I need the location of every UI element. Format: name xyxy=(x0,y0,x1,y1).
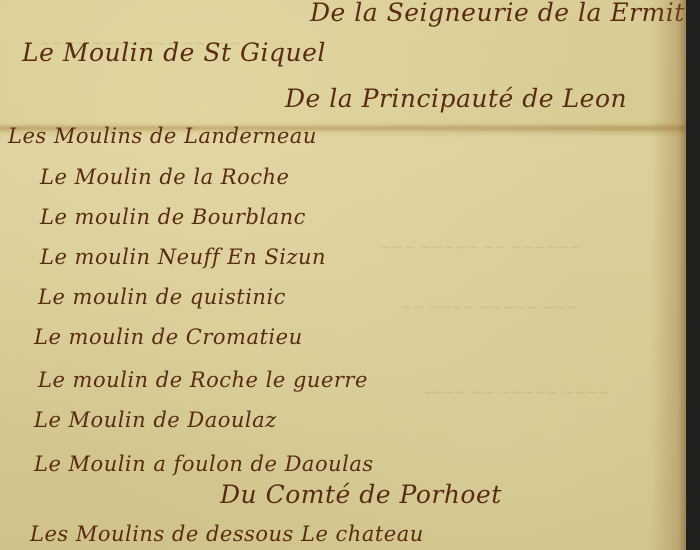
entry-moulin-neuff-sizun: Le moulin Neuff En Sizun xyxy=(40,245,326,269)
entry-moulins-landerneau: Les Moulins de Landerneau xyxy=(8,124,317,148)
entry-moulin-quistinic: Le moulin de quistinic xyxy=(38,285,286,309)
entry-moulin-bourblanc: Le moulin de Bourblanc xyxy=(40,205,306,229)
section-heading-ermite: De la Seigneurie de la Ermite xyxy=(310,0,690,27)
entry-moulin-roche-le-guerre: Le moulin de Roche le guerre xyxy=(38,368,368,392)
section-heading-leon: De la Principauté de Leon xyxy=(285,84,627,113)
binding-edge xyxy=(686,0,700,550)
entry-moulins-dessous-chateau: Les Moulins de dessous Le chateau xyxy=(30,522,424,546)
entry-moulin-st-giquel: Le Moulin de St Giquel xyxy=(22,38,326,67)
section-heading-porhoet: Du Comté de Porhoet xyxy=(220,480,502,509)
entry-moulin-daoulaz: Le Moulin de Daoulaz xyxy=(34,408,277,432)
entry-moulin-foulon-daoulas: Le Moulin a foulon de Daoulas xyxy=(34,452,374,476)
bleed-through-text: ~~ ~~~~ ~~~~~ ~~~ xyxy=(400,300,578,316)
bleed-through-text: ~~~ ~~~~~ ~~ ~~~~~~ xyxy=(380,240,581,256)
manuscript-page: ~~~~ ~~~~ ~~~ ~~~~~ ~~~ ~~~~~ ~~ ~~~~~~ … xyxy=(0,0,690,550)
entry-moulin-cromatieu: Le moulin de Cromatieu xyxy=(34,325,303,349)
entry-moulin-la-roche: Le Moulin de la Roche xyxy=(40,165,289,189)
bleed-through-text: ~~~~ ~~ ~~~~~ ~~~~ xyxy=(420,385,609,401)
